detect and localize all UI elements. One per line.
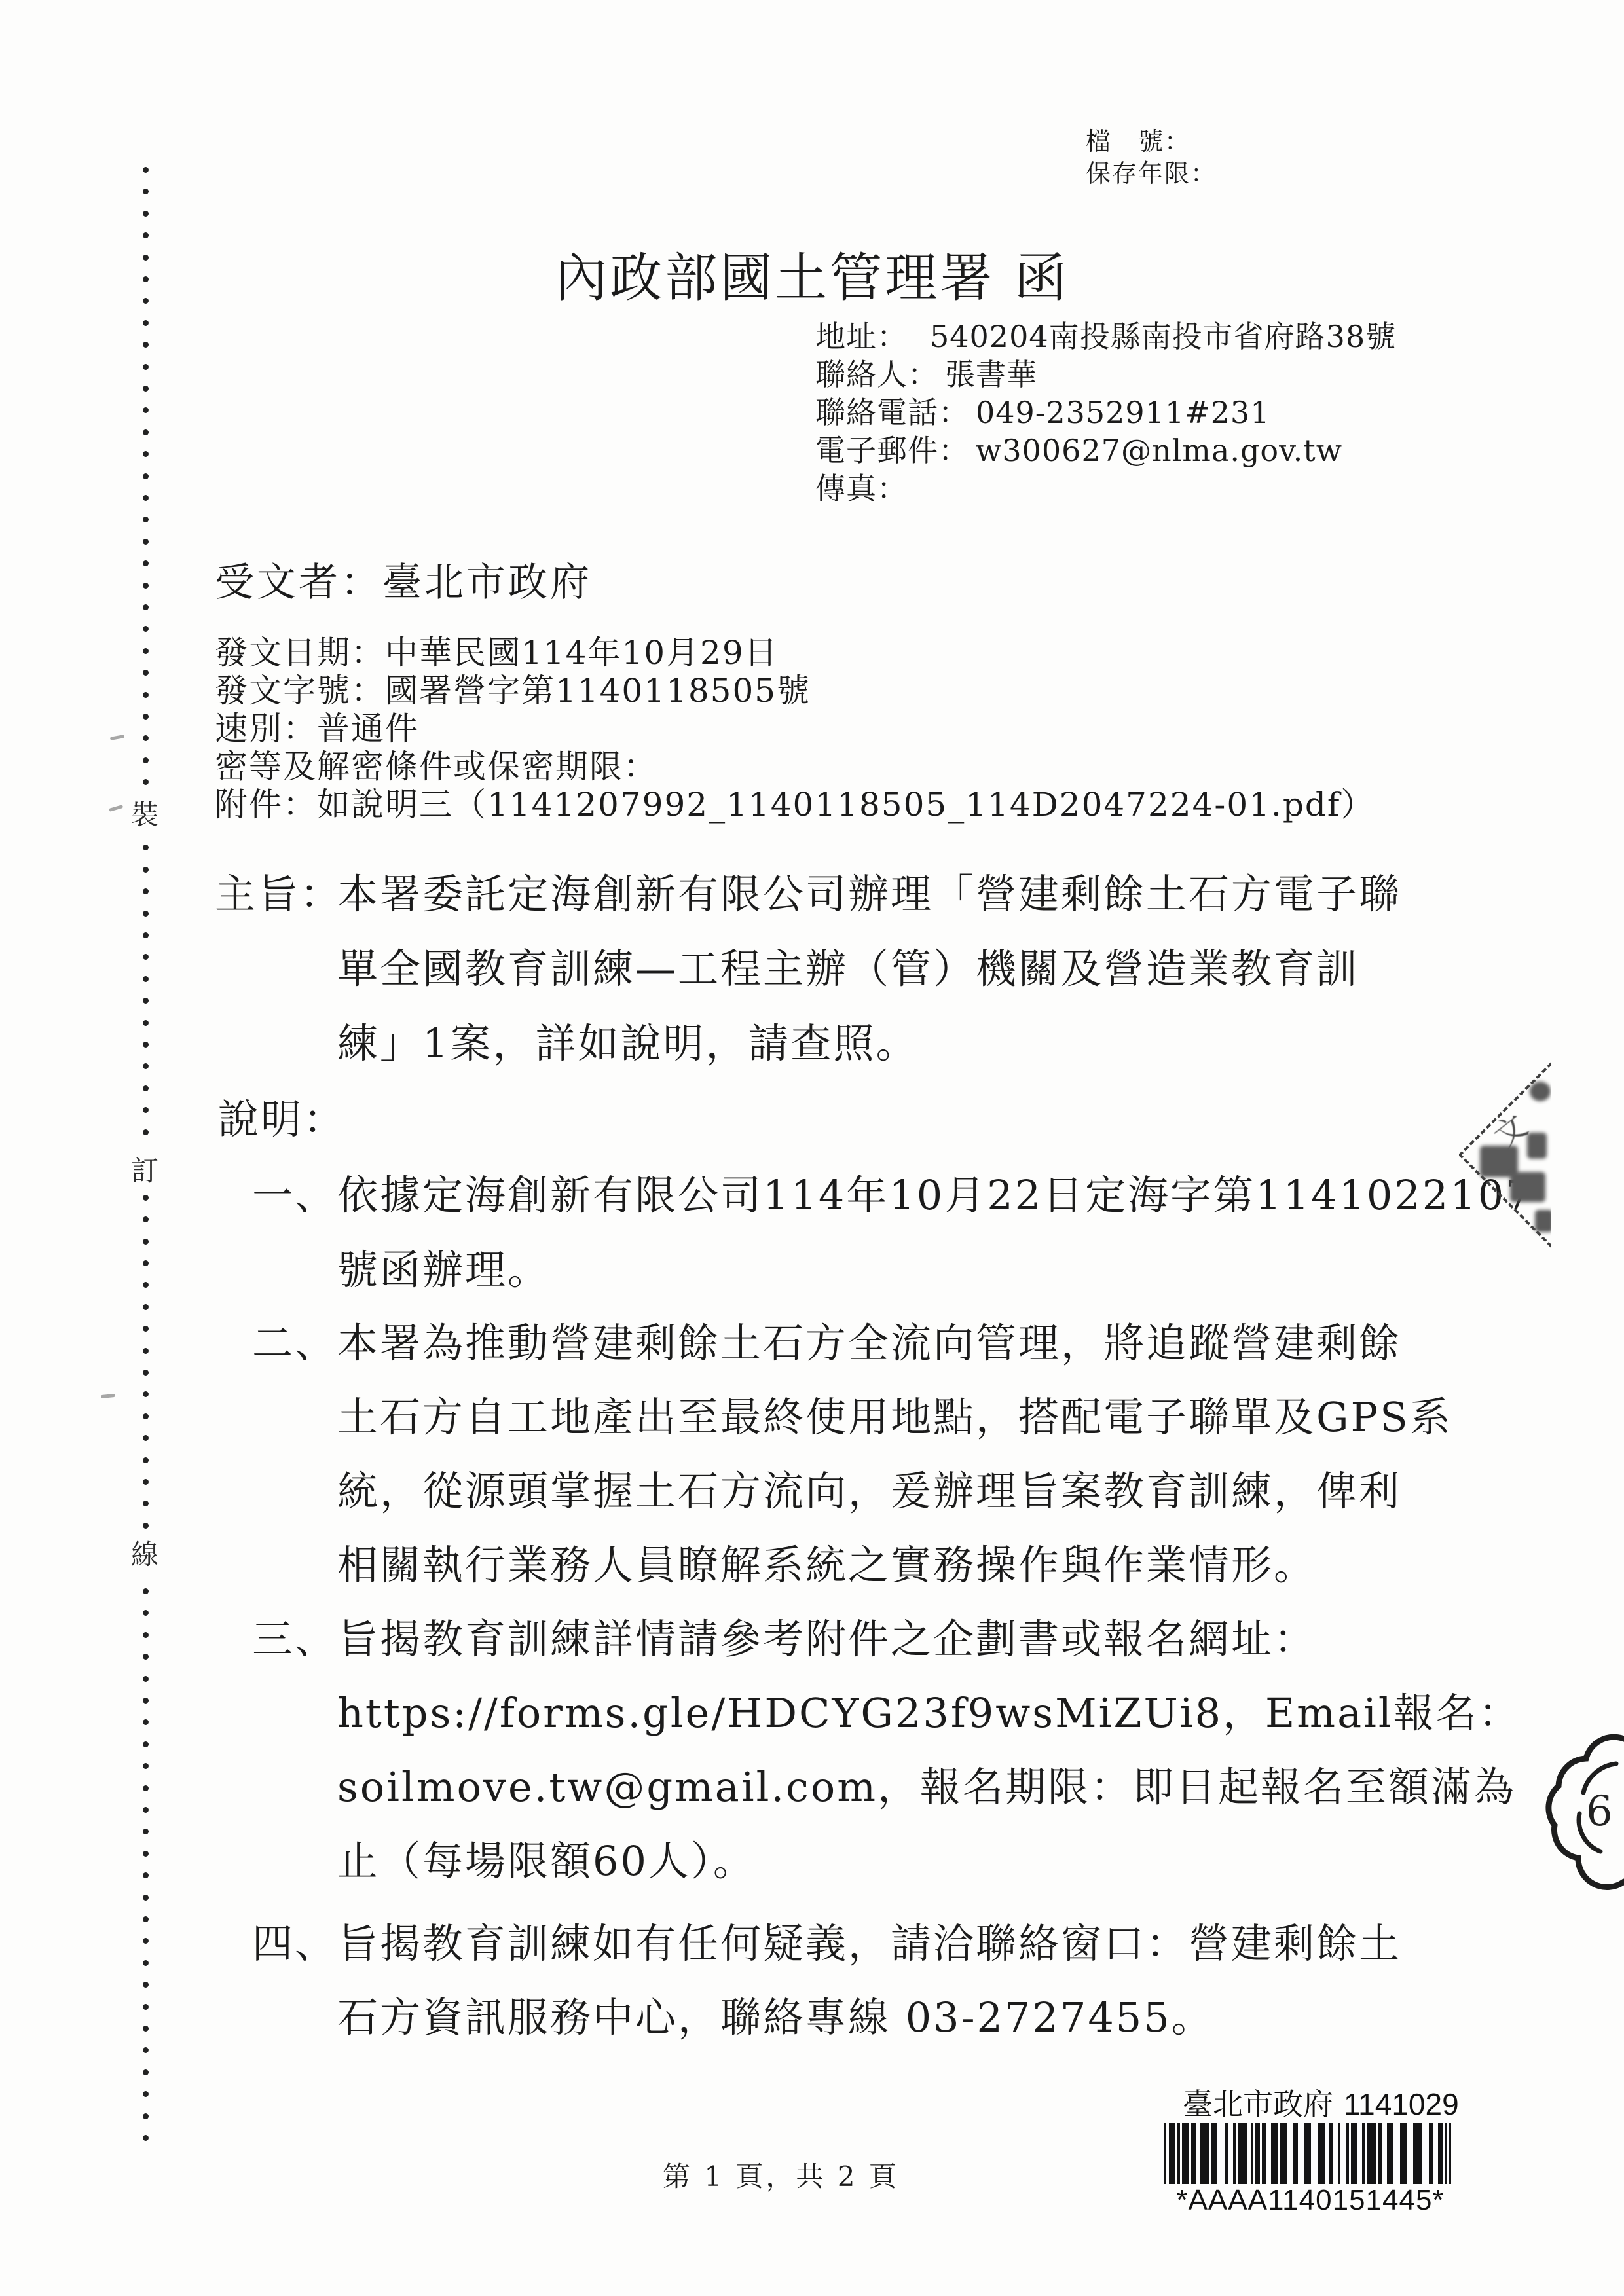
subject-label: 主旨：	[215, 862, 342, 920]
phone-value: 049-2352911#231	[976, 395, 1270, 430]
retention-period-label: 保存年限：	[1086, 158, 1217, 190]
stamp-blurred-glyph	[1530, 1082, 1551, 1101]
item-line: 依據定海創新有限公司114年10月22日定海字第1141022107	[337, 1163, 1534, 1221]
file-no-label: 檔 號：	[1086, 126, 1217, 158]
item-line: soilmove.tw@gmail.com，報名期限：即日起報名至額滿為	[337, 1755, 1516, 1813]
agency-contact-block: 地址：540204南投縣南投市省府路38號 聯絡人：張書華 聯絡電話：049-2…	[815, 318, 1396, 507]
item-line: https://forms.gle/HDCYG23f9wsMiZUi8，Emai…	[337, 1681, 1521, 1739]
electronic-exchange-stamp: 文	[1459, 1055, 1551, 1249]
phone-label: 聯絡電話：	[815, 395, 969, 430]
subject-line: 本署委託定海創新有限公司辦理「營建剩餘土石方電子聯	[337, 862, 1401, 920]
agency-address-line: 地址：540204南投縣南投市省府路38號	[815, 318, 1396, 355]
binding-mark-zhuang: 裝	[131, 793, 158, 833]
doc-number-line: 發文字號：國署營字第1140118505號	[215, 672, 1375, 710]
meta-block: 發文日期：中華民國114年10月29日 發文字號：國署營字第1140118505…	[215, 634, 1375, 824]
speed-class-line: 速別：普通件	[215, 710, 1375, 748]
agency-contact-line: 聯絡人：張書華	[815, 355, 1396, 393]
recipient-line: 受文者：臺北市政府	[215, 551, 592, 608]
item-number: 二、	[252, 1311, 337, 1369]
flower-stamp-number: 6	[1586, 1787, 1613, 1836]
barcode-text: *AAAA1140151445*	[1167, 2184, 1454, 2217]
item-number: 一、	[252, 1163, 337, 1221]
item-line: 統，從源頭掌握土石方流向，爰辦理旨案教育訓練，俾利	[337, 1459, 1401, 1517]
receive-stamp-number: 1141029	[1344, 2087, 1459, 2121]
agency-fax-line: 傳真：	[815, 469, 1396, 507]
agency-phone-line: 聯絡電話：049-2352911#231	[815, 393, 1396, 431]
contact-value: 張書華	[945, 357, 1037, 392]
email-label: 電子郵件：	[815, 433, 969, 468]
pen-tick-mark	[110, 735, 125, 740]
item-line: 本署為推動營建剩餘土石方全流向管理，將追蹤營建剩餘	[337, 1311, 1401, 1369]
document-title: 內政部國土管理署 函	[0, 236, 1624, 311]
address-value: 540204南投縣南投市省府路38號	[930, 319, 1396, 354]
stamp-blurred-glyph	[1527, 1133, 1547, 1159]
subject-line: 練」1案，詳如說明，請查照。	[337, 1011, 918, 1069]
binding-mark-xian: 線	[131, 1533, 158, 1573]
item-line: 旨揭教育訓練詳情請參考附件之企劃書或報名網址：	[337, 1607, 1316, 1665]
barcode	[1164, 2123, 1451, 2184]
item-line: 石方資訊服務中心，聯絡專線 03-2727455。	[337, 1985, 1214, 2043]
fax-label: 傳真：	[815, 471, 908, 506]
stamp-blurred-glyph	[1535, 1210, 1551, 1232]
stamp-blurred-glyph	[1510, 1172, 1545, 1202]
archive-block: 檔 號： 保存年限：	[1086, 126, 1217, 190]
subject-line: 單全國教育訓練—工程主辦（管）機關及營造業教育訓	[337, 936, 1359, 994]
pen-tick-mark	[101, 1394, 115, 1398]
receive-stamp-line: 臺北市政府1141029	[1183, 2081, 1459, 2124]
scanned-official-letter-page: 檔 號： 保存年限： 內政部國土管理署 函 地址：540204南投縣南投市省府路…	[0, 0, 1624, 2296]
address-label: 地址：	[815, 319, 908, 354]
binding-mark-ding: 訂	[131, 1150, 158, 1189]
contact-label: 聯絡人：	[815, 357, 938, 392]
secrecy-line: 密等及解密條件或保密期限：	[215, 748, 1375, 786]
description-label: 說明：	[218, 1087, 346, 1145]
email-value: w300627@nlma.gov.tw	[976, 433, 1342, 468]
item-line: 土石方自工地產出至最終使用地點，搭配電子聯單及GPS系	[337, 1385, 1452, 1443]
item-line: 旨揭教育訓練如有任何疑義，請洽聯絡窗口：營建剩餘土	[337, 1911, 1401, 1969]
item-number: 三、	[252, 1607, 337, 1665]
issue-date-line: 發文日期：中華民國114年10月29日	[215, 634, 1375, 672]
item-number: 四、	[252, 1911, 337, 1969]
agency-email-line: 電子郵件：w300627@nlma.gov.tw	[815, 431, 1396, 469]
item-line: 號函辦理。	[337, 1237, 550, 1296]
pen-tick-mark	[109, 805, 124, 812]
item-line: 相關執行業務人員瞭解系統之實務操作與作業情形。	[337, 1533, 1316, 1591]
item-line: 止（每場限額60人）。	[337, 1829, 756, 1887]
flower-seal-stamp: 6	[1538, 1730, 1624, 1895]
receive-stamp-org: 臺北市政府	[1183, 2087, 1333, 2121]
attachment-line: 附件：如說明三（1141207992_1140118505_114D204722…	[215, 786, 1375, 824]
page-indicator: 第 1 頁，共 2 頁	[663, 2155, 899, 2195]
